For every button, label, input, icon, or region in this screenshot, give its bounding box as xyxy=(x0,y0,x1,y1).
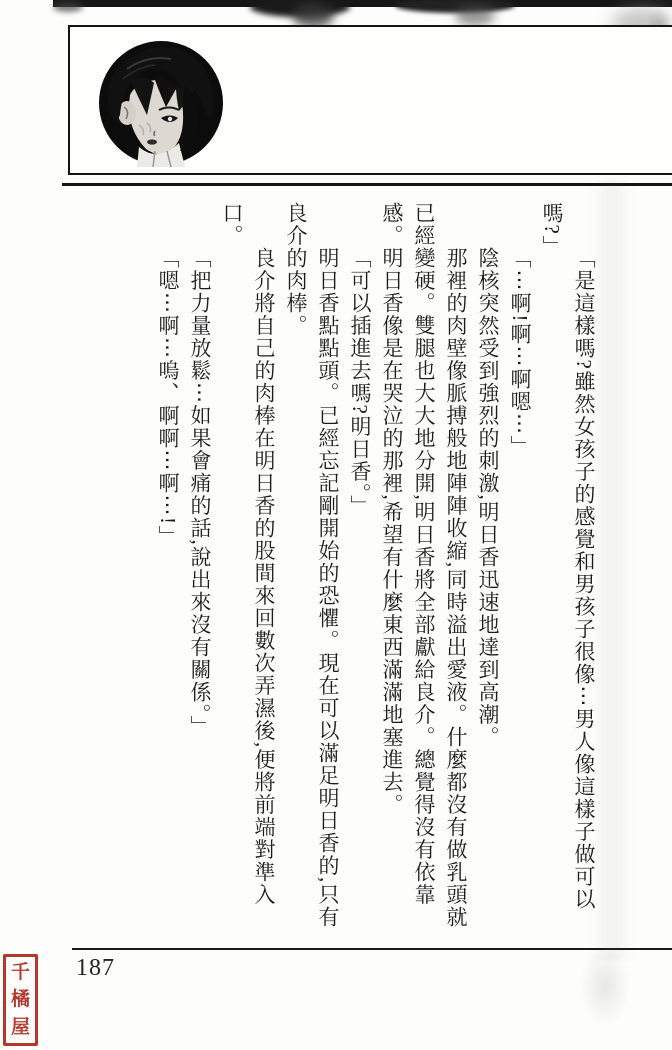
scan-smudge xyxy=(53,2,83,12)
text-column: 感。明日香像是在哭泣的那裡,希望有什麼東西滿滿地塞進去。 xyxy=(376,202,408,972)
text-column: 口。 xyxy=(216,202,248,972)
text-column: 「⋯啊!啊⋯啊嗯⋯」 xyxy=(504,202,536,972)
text-column: 已經變硬。雙腿也大大地分開,明日香將全部獻給良介。總覺得沒有依靠 xyxy=(408,202,440,972)
text-column: 「嗯⋯啊⋯嗚、啊啊⋯啊⋯!」 xyxy=(152,202,184,972)
seal-char: 千 xyxy=(11,963,30,982)
text-column: 「可以插進去嗎?明日香。」 xyxy=(344,202,376,972)
publisher-seal-stamp: 千 橘 屋 xyxy=(3,954,38,1046)
text-area: 「是這樣嗎?雖然女孩子的感覺和男孩子很像⋯男人像這樣子做可以嗎?」「⋯啊!啊⋯啊… xyxy=(148,202,600,972)
scan-smudge xyxy=(580,946,630,1026)
page-number: 187 xyxy=(76,955,115,982)
text-column: 陰核突然受到強烈的刺激,明日香迅速地達到高潮。 xyxy=(472,202,504,972)
page-curvature-shading xyxy=(590,180,634,960)
seal-char: 屋 xyxy=(11,1018,30,1037)
scan-smudge xyxy=(455,6,495,26)
manga-girl-portrait-image xyxy=(97,39,225,167)
text-column: 良介將自己的肉棒在明日香的股間來回數次弄濕後,便將前端對準入 xyxy=(248,202,280,972)
text-column: 嗎?」 xyxy=(536,202,568,972)
header-underline xyxy=(62,183,672,186)
seal-char: 橘 xyxy=(11,990,30,1009)
text-column: 明日香點點頭。已經忘記剛開始的恐懼。現在可以滿足明日香的,只有 xyxy=(312,202,344,972)
scan-smudge xyxy=(395,0,515,13)
text-column: 「把力量放鬆⋯如果會痛的話,說出來沒有關係。」 xyxy=(184,202,216,972)
text-column: 良介的肉棒。 xyxy=(280,202,312,972)
text-column: 那裡的肉壁像脈搏般地陣陣收縮,同時溢出愛液。什麼都沒有做乳頭就 xyxy=(440,202,472,972)
scan-smear-bar xyxy=(53,0,672,7)
